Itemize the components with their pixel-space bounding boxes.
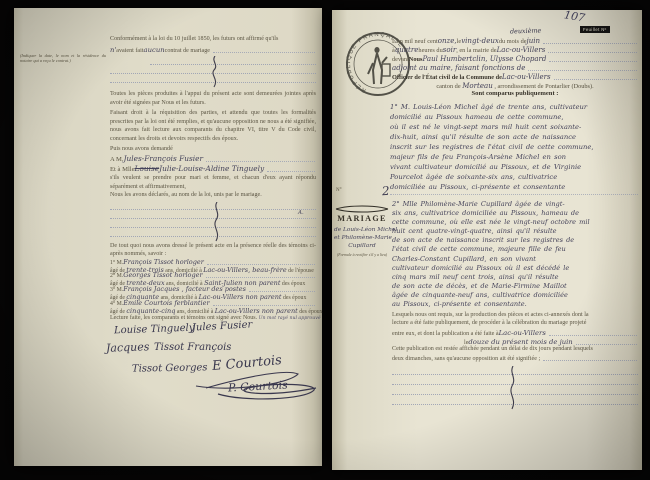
declaration-line: Nous les avons déclarés, au nom de la lo… [110, 192, 316, 198]
act-time-place-line: à quatre heures du soir, en la mairie de… [392, 45, 638, 54]
margin-mark: A. [298, 210, 304, 216]
act-header: L'an mil neuf cent onze, le vingt-deux d… [392, 36, 638, 99]
witness-4-details: âgé de cinquante-cinq ans, domicilié à L… [110, 307, 316, 314]
publication-line-3: entre eux, et dont la publication a été … [392, 329, 638, 337]
act-canton-line: canton de Morteau , arrondissement de Po… [392, 81, 638, 90]
lecture-line: Lecture faite, les comparants et témoins… [110, 315, 316, 321]
right-page: RÉPUBLIQUE FRANÇAISE 107 deuxième Feuill… [332, 10, 642, 470]
brace-squiggle-icon [208, 202, 224, 242]
marriage-parties: de Louis-Léon Michelet Philomène-MarieCu… [334, 226, 390, 250]
comparant-2-paragraph: 2° Mlle Philomène-Marie Cupillard âgée d… [392, 200, 640, 309]
consent-paragraph: s'ils veulent se prendre pour mari et fe… [110, 174, 316, 191]
signature-bride: Louise Tinguely [114, 323, 195, 337]
demand-intro: Puis nous avons demandé [110, 146, 316, 152]
comparution-heading: Sont comparus publiquement : [392, 90, 638, 99]
paragraph-separator [390, 194, 638, 195]
notary-margin-note: (Indiquer la date, le nom et la résidenc… [20, 53, 106, 64]
feuillet-stamp-tag: Feuillet Nº [580, 26, 610, 33]
publication-line-5: Cette publication est restée affichée pe… [392, 346, 638, 354]
marriage-margin-heading: N° 2 MARIAGE de Louis-Léon Michelet Phil… [334, 186, 390, 257]
folio-number: 107 [563, 8, 586, 24]
witness-1-name: 1° M. François Tissot horloger [110, 259, 316, 266]
formule-note: (Formule à rectifier s'il y a lieu) [334, 253, 390, 257]
signature-groom: Jules Fusier [192, 319, 253, 333]
act-officer-line: devant Nous Paul Humbertclin, Ulysse Cho… [392, 54, 638, 63]
notary-ruled-block [110, 56, 316, 86]
comparant-1-paragraph: 1° M. Louis-Léon Michel âgé de trente an… [390, 102, 640, 192]
sheet-ordinal-handwritten: deuxième [510, 26, 542, 35]
formalities-paragraph: Faisant droit à la réquisition des parti… [110, 109, 316, 143]
act-officer-title-line: adjoint au maire, faisant fonctions de [392, 63, 638, 72]
publication-paragraph: Lesquels nous ont requis, sur la product… [392, 312, 638, 362]
record-number-label: N° [336, 188, 342, 193]
signature-witness-tissot-francois: Tissot François [154, 342, 231, 353]
officer-paraph-icon [214, 378, 320, 402]
left-page: (Indiquer la date, le nom et la résidenc… [14, 8, 322, 466]
publication-line-2: lecture a été faite publiquement, de pro… [392, 320, 638, 328]
contract-clause-line1: Conformément à la loi du 10 juillet 1850… [110, 36, 316, 42]
demand-line-bride: Et à Mlle Louise Julie-Louise-Aldine Tin… [110, 164, 316, 173]
witnesses-intro: De tout quoi nous avons dressé le présen… [110, 242, 316, 259]
act-date-line: L'an mil neuf cent onze, le vingt-deux d… [392, 36, 638, 45]
brace-squiggle-icon [206, 56, 222, 88]
witness-list: 1° M. François Tissot horloger âgé de tr… [110, 259, 316, 313]
marriage-title: MARIAGE [334, 214, 390, 223]
act-commune-line: Officier de l'État civil de la Commune d… [392, 72, 638, 81]
civil-register-scan: (Indiquer la date, le nom et la résidenc… [0, 0, 650, 480]
margin-flourish-icon [335, 204, 389, 214]
opposition-ruled-block [392, 366, 638, 408]
publication-date-line: le douze du présent mois de juin [392, 337, 638, 345]
publication-line-6: deux dimanches, sans qu'aucune oppositio… [392, 354, 638, 362]
brace-squiggle-icon [504, 366, 520, 410]
declaration-ruled-block: A. [110, 200, 316, 240]
pieces-paragraph: Toutes les pièces produites à l'appui du… [110, 90, 316, 107]
record-number: 2 [382, 184, 391, 198]
demand-line-groom: A M. Jules-François Fusier [110, 154, 316, 163]
signature-witness-jacques: Jacques [106, 340, 150, 355]
contract-clause-line2: n' avaient fait aucun contrat de mariage [110, 46, 316, 54]
